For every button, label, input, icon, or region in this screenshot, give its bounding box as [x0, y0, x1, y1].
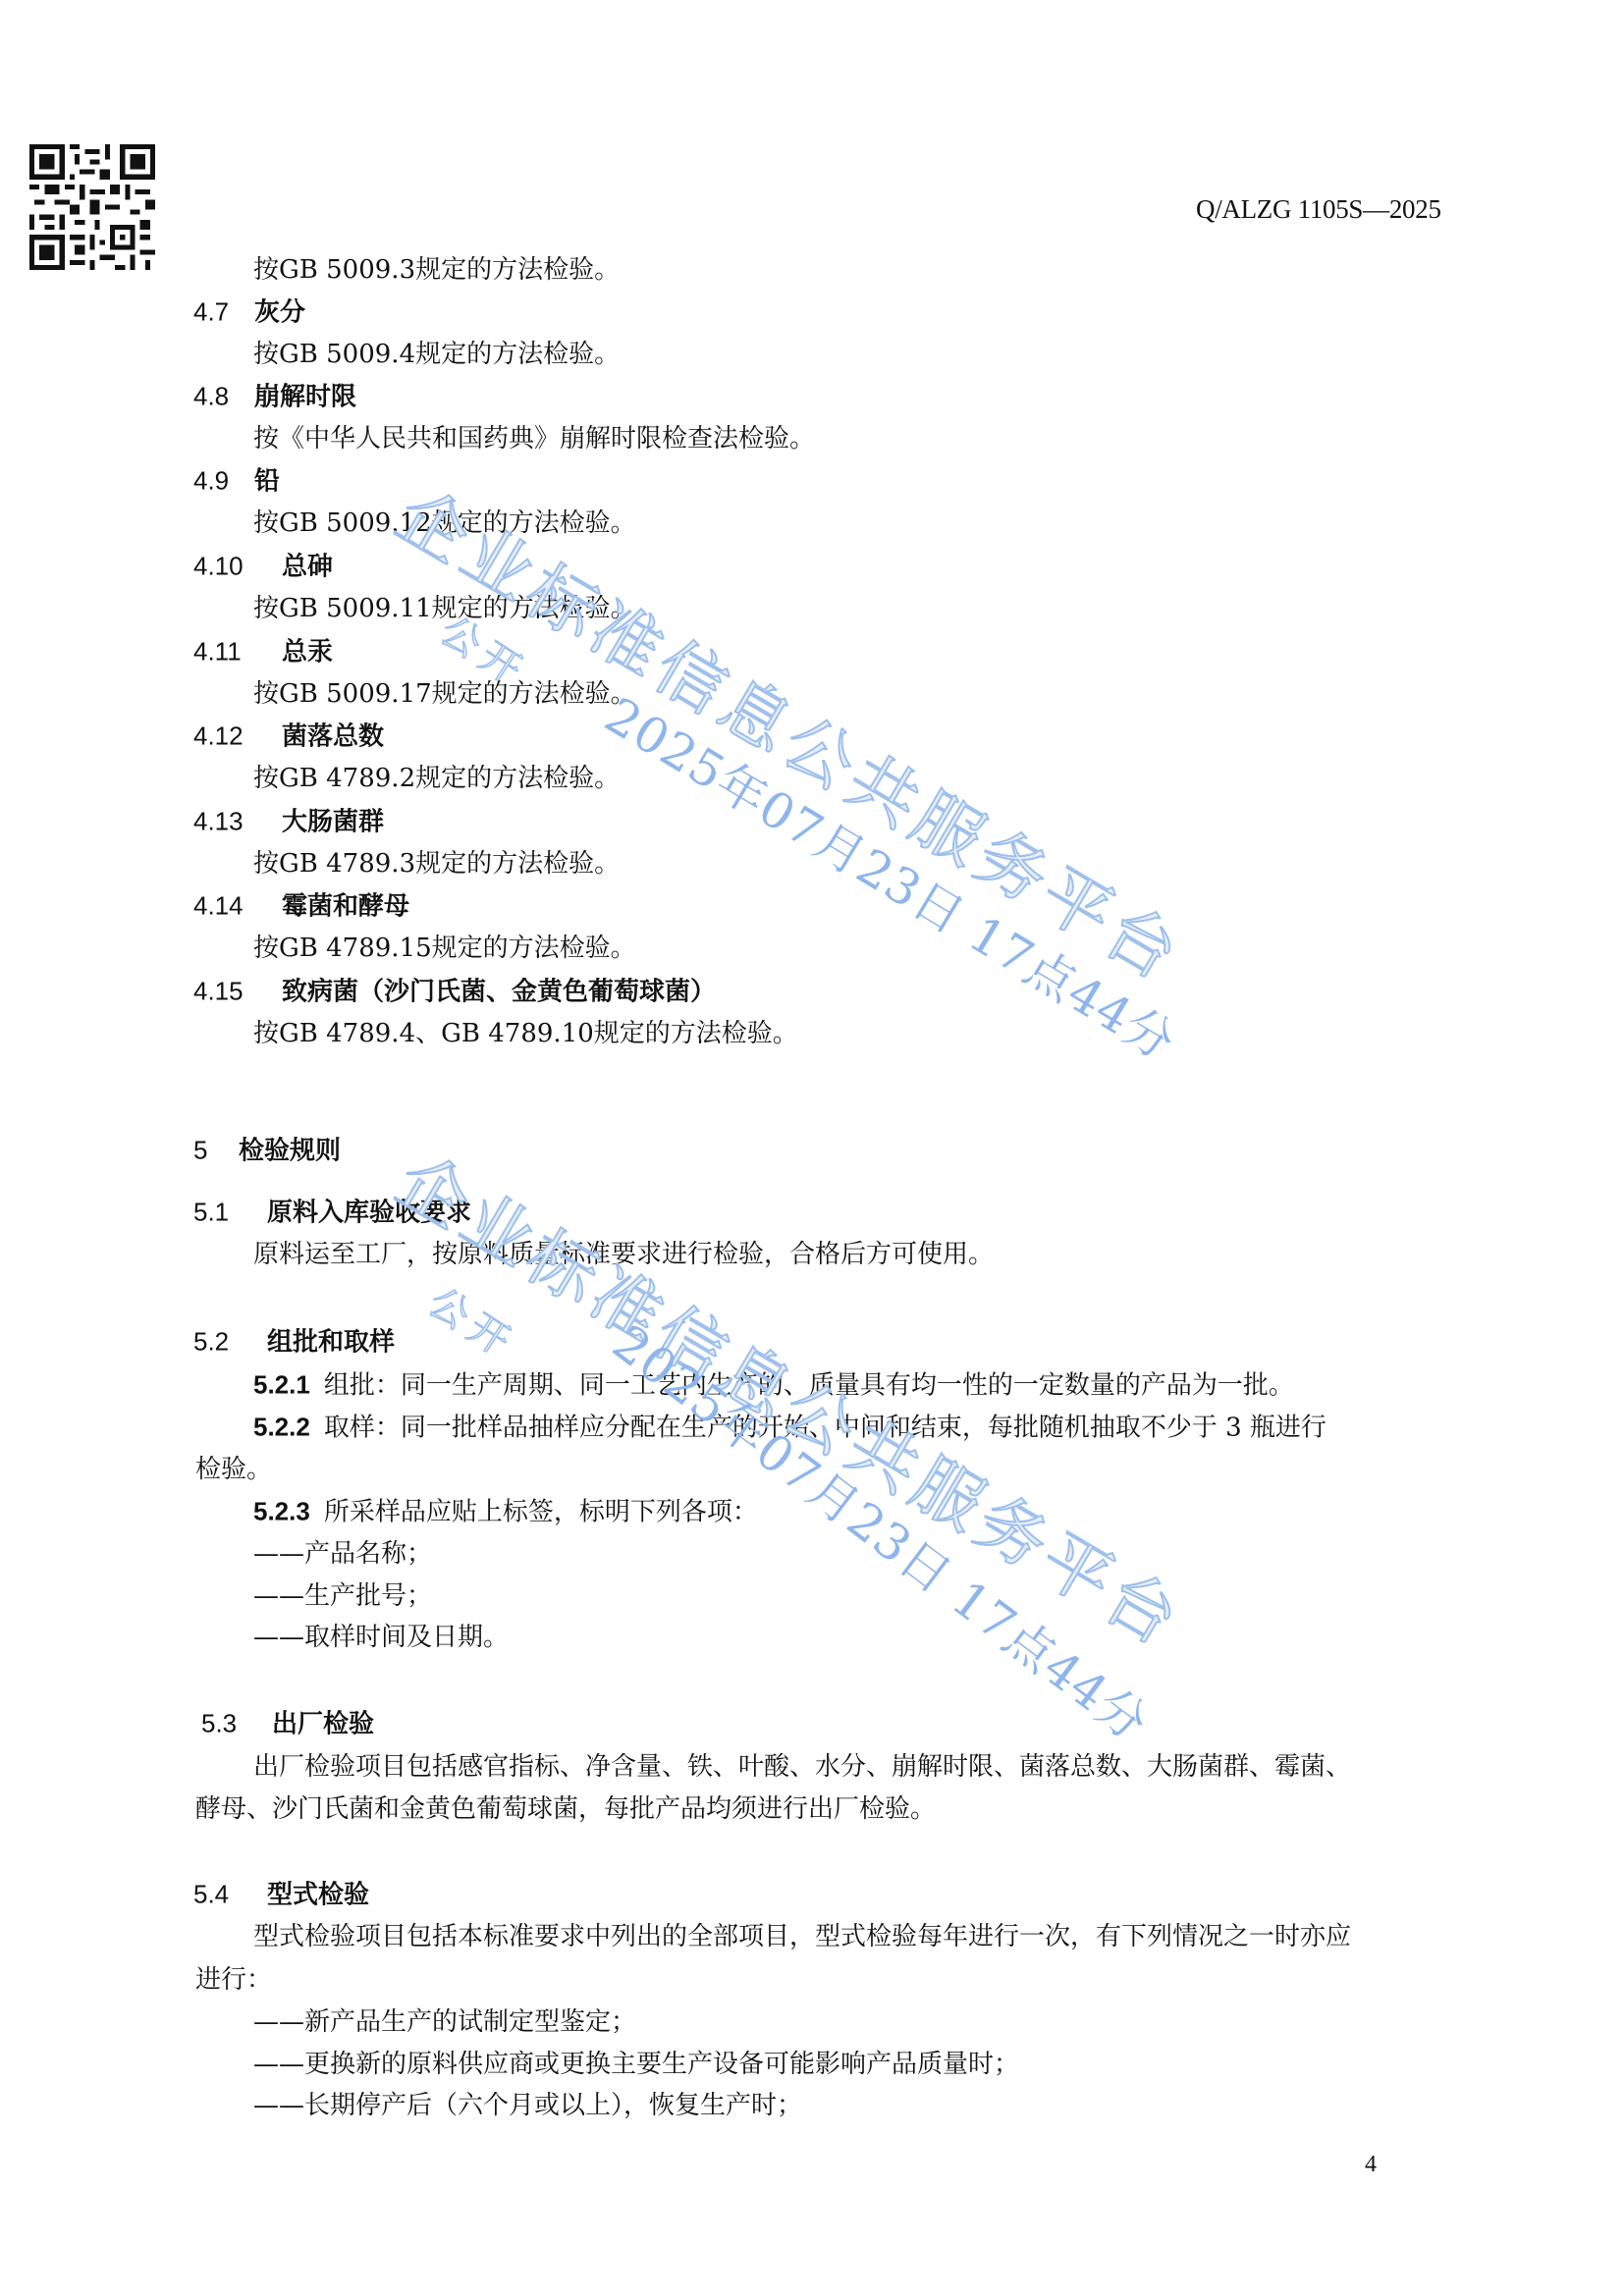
- body-text: 按《中华人民共和国药典》崩解时限检查法检验。: [253, 426, 815, 452]
- section-title: 大肠菌群: [282, 808, 384, 837]
- list-item: ——长期停产后（六个月或以上），恢复生产时；: [253, 2093, 802, 2118]
- body-text: 按GB 5009.11规定的方法检验。: [253, 596, 636, 621]
- section-number: 4.11: [193, 639, 282, 665]
- section-title: 崩解时限: [254, 383, 356, 412]
- section-title: 总砷: [282, 553, 333, 582]
- section-heading-5-3: 5.3出厂检验: [201, 1711, 374, 1737]
- section-number: 4.14: [193, 893, 282, 919]
- body-text: 出厂检验项目包括感官指标、净含量、铁、叶酸、水分、崩解时限、菌落总数、大肠菌群、…: [253, 1754, 1351, 1780]
- document-code: Q/ALZG 1105S—2025: [1196, 194, 1441, 225]
- body-text: 按GB 5009.17规定的方法检验。: [253, 681, 636, 707]
- section-title: 灰分: [254, 298, 305, 328]
- section-title: 铅: [254, 467, 280, 497]
- document-page: Q/ALZG 1105S—2025 按GB 5009.3规定的方法检验。 4.7…: [0, 0, 1624, 2296]
- body-text: 按GB 4789.2规定的方法检验。: [253, 766, 620, 791]
- body-text: 按GB 4789.15规定的方法检验。: [253, 935, 636, 961]
- qr-code-icon: [29, 144, 155, 270]
- section-heading-4-9: 4.9铅: [193, 468, 280, 495]
- section-heading-5-4: 5.4型式检验: [193, 1882, 369, 1908]
- section-number: 4.15: [193, 979, 282, 1004]
- section-title: 组批和取样: [267, 1328, 395, 1358]
- watermark-date: 2025年07月23日 17点44分: [594, 677, 1191, 1075]
- clause-number: 5.2.3: [253, 1499, 310, 1524]
- body-text: 原料运至工厂，按原料质量标准要求进行检验，合格后方可使用。: [253, 1242, 994, 1267]
- chapter-number: 5: [193, 1138, 239, 1163]
- section-title: 出厂检验: [272, 1710, 374, 1739]
- body-text-continued: 酵母、沙门氏菌和金黄色葡萄球菌，每批产品均须进行出厂检验。: [195, 1796, 936, 1822]
- body-text: 按GB 4789.3规定的方法检验。: [253, 851, 620, 877]
- clause-number: 5.2.1: [253, 1372, 310, 1398]
- section-number: 5.3: [201, 1711, 272, 1736]
- clause-5-2-1: 5.2.1组批：同一生产周期、同一工艺内生产的、质量具有均一性的一定数量的产品为…: [253, 1372, 1294, 1399]
- section-heading-4-7: 4.7灰分: [193, 299, 305, 326]
- section-number: 4.13: [193, 809, 282, 834]
- section-heading-4-11: 4.11总汞: [193, 639, 333, 666]
- clause-text: 取样：同一批样品抽样应分配在生产的开始、中间和结束，每批随机抽取不少于 3 瓶进…: [324, 1414, 1326, 1443]
- body-text: 按GB 5009.3规定的方法检验。: [253, 257, 620, 283]
- watermark-title: 企业标准信息公共服务平台: [382, 461, 1204, 1001]
- section-number: 4.7: [193, 299, 254, 325]
- section-title: 原料入库验收要求: [267, 1199, 471, 1228]
- section-heading-5-2: 5.2组批和取样: [193, 1329, 395, 1356]
- clause-text: 所采样品应贴上标签，标明下列各项：: [324, 1498, 758, 1527]
- body-text: 按GB 5009.12规定的方法检验。: [253, 510, 636, 536]
- body-text: 按GB 4789.4、GB 4789.10规定的方法检验。: [253, 1021, 798, 1046]
- watermark-open: 公开: [419, 1272, 529, 1370]
- section-number: 5.2: [193, 1329, 267, 1355]
- section-heading-4-8: 4.8崩解时限: [193, 384, 356, 410]
- section-number: 4.12: [193, 723, 282, 749]
- section-number: 5.4: [193, 1882, 267, 1907]
- list-item: ——生产批号；: [253, 1583, 432, 1609]
- list-item: ——取样时间及日期。: [253, 1625, 509, 1650]
- clause-text: 组批：同一生产周期、同一工艺内生产的、质量具有均一性的一定数量的产品为一批。: [324, 1371, 1294, 1401]
- section-title: 型式检验: [267, 1881, 369, 1910]
- list-item: ——产品名称；: [253, 1541, 432, 1567]
- page-number: 4: [1365, 2152, 1377, 2178]
- chapter-heading-5: 5检验规则: [193, 1138, 341, 1164]
- section-heading-4-13: 4.13大肠菌群: [193, 809, 384, 835]
- body-text: 型式检验项目包括本标准要求中列出的全部项目，型式检验每年进行一次，有下列情况之一…: [253, 1924, 1351, 1949]
- section-heading-4-15: 4.15致病菌（沙门氏菌、金黄色葡萄球菌）: [193, 979, 716, 1005]
- section-heading-4-14: 4.14霉菌和酵母: [193, 893, 409, 920]
- section-title: 霉菌和酵母: [282, 892, 409, 922]
- section-number: 5.1: [193, 1200, 267, 1225]
- section-number: 4.8: [193, 384, 254, 409]
- section-heading-5-1: 5.1原料入库验收要求: [193, 1200, 471, 1226]
- section-title: 菌落总数: [282, 722, 384, 752]
- section-title: 致病菌（沙门氏菌、金黄色葡萄球菌）: [282, 978, 716, 1007]
- chapter-title: 检验规则: [239, 1137, 341, 1166]
- list-item: ——更换新的原料供应商或更换主要生产设备可能影响产品质量时；: [253, 2052, 1019, 2077]
- clause-number: 5.2.2: [253, 1415, 310, 1440]
- section-number: 4.9: [193, 468, 254, 494]
- section-number: 4.10: [193, 554, 282, 579]
- section-heading-4-10: 4.10总砷: [193, 554, 333, 580]
- body-text-continued: 进行：: [195, 1967, 272, 1993]
- list-item: ——新产品生产的试制定型鉴定；: [253, 2009, 636, 2035]
- clause-5-2-2: 5.2.2取样：同一批样品抽样应分配在生产的开始、中间和结束，每批随机抽取不少于…: [253, 1415, 1326, 1441]
- section-title: 总汞: [282, 638, 333, 667]
- body-text: 按GB 5009.4规定的方法检验。: [253, 342, 620, 367]
- clause-text-continued: 检验。: [195, 1457, 272, 1482]
- section-heading-4-12: 4.12菌落总数: [193, 723, 384, 750]
- clause-5-2-3: 5.2.3所采样品应贴上标签，标明下列各项：: [253, 1499, 758, 1525]
